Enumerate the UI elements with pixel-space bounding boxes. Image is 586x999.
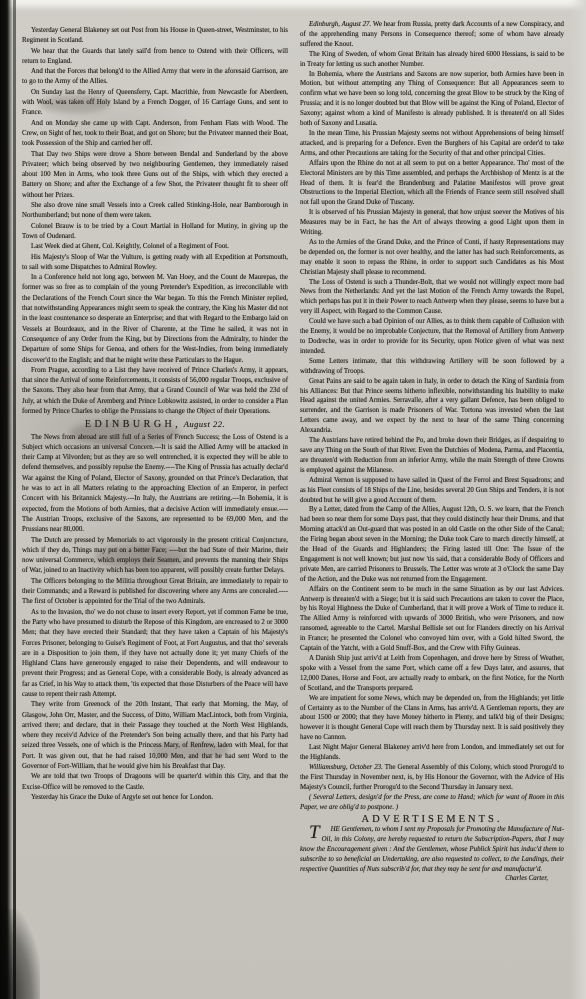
scan-right-highlight [570, 0, 586, 999]
news-paragraph: Affairs upon the Rhine do not at all see… [300, 159, 564, 209]
news-paragraph: The King of Sweden, of whom Great Britai… [300, 50, 564, 70]
news-paragraph: As to the Armies of the Grand Duke, and … [300, 238, 564, 278]
news-paragraph: Yesterday his Grace the Duke of Argyle s… [22, 793, 288, 803]
news-paragraph: On Sunday last the Henry of Queensferry,… [22, 88, 288, 119]
news-paragraph: They write from Greenock of the 20th Ins… [22, 700, 288, 772]
news-paragraph: The Loss of Ostend is such a Thunder-Bol… [300, 278, 564, 318]
news-paragraph: Could we have such a bad Opinion of our … [300, 317, 564, 357]
news-paragraph: Admiral Vernon is supposed to have saile… [300, 476, 564, 506]
news-paragraph: Colonel Brauw is to be tried by a Court … [22, 222, 288, 243]
news-paragraph: We are told that two Troops of Dragoons … [22, 772, 288, 793]
news-paragraph: Williamsburg, October 23. The General As… [300, 763, 564, 793]
news-paragraph: Yesterday General Blakeney set out Post … [22, 26, 288, 47]
advertisements-heading: ADVERTISEMENTS. [300, 815, 564, 825]
binding-line [13, 0, 16, 999]
news-paragraph: Some Letters intimate, that this withdra… [300, 357, 564, 377]
news-paragraph: We hear that the Guards that lately sail… [22, 47, 288, 68]
news-paragraph: The Officers belonging to the Militia th… [22, 577, 288, 608]
news-paragraph: That Day two Ships were drove a Shore be… [22, 150, 288, 201]
news-paragraph: Great Pains are said to be again taken i… [300, 377, 564, 436]
edinburgh-heading-city: EDINBURGH, [85, 419, 181, 430]
news-paragraph: From Prague, according to a List they ha… [22, 366, 288, 417]
news-paragraph: The Dutch are pressed by Memorials to ac… [22, 536, 288, 577]
left-column: Yesterday General Blakeney set out Post … [22, 0, 288, 803]
news-paragraph: By a Letter, dated from the Camp of the … [300, 505, 564, 584]
news-paragraph: Last Week died at Ghent, Col. Keightly, … [22, 242, 288, 252]
news-paragraph: Last Night Major General Blakeney arriv'… [300, 743, 564, 763]
news-paragraph: His Majesty's Sloop of War the Vulture, … [22, 253, 288, 274]
news-paragraph: The News from abroad are still full of a… [22, 433, 288, 536]
news-paragraph: In Bohemia, where the Austrians and Saxo… [300, 70, 564, 129]
advertisement-signature: Charles Carter, [300, 874, 564, 884]
right-column: Edinburgh, August 27. We hear from Russi… [300, 0, 564, 884]
edinburgh-dateline-inline: Edinburgh, August 27. [309, 21, 371, 28]
newspaper-page: Yesterday General Blakeney set out Post … [0, 0, 586, 999]
williamsburg-dateline-inline: Williamsburg, October 23. [309, 764, 383, 771]
dropcap-initial: T [300, 825, 320, 840]
news-paragraph: It is observed of his Prussian Majesty i… [300, 208, 564, 238]
scan-top-highlight [0, 0, 586, 9]
advertisement-paragraph: THE Gentlemen, to whom I sent my Proposa… [300, 825, 564, 875]
news-paragraph: We are impatient for some News, which ma… [300, 694, 564, 744]
editor-postpone-note: ( Several Letters, design'd for the Pres… [300, 793, 564, 813]
advertisement-text: HE Gentlemen, to whom I sent my Proposal… [300, 826, 564, 873]
news-paragraph: In the mean Time, his Prussian Majesty s… [300, 129, 564, 159]
news-paragraph: In a Conference held not long ago, betwe… [22, 273, 288, 366]
edinburgh-heading-date: August 22. [181, 419, 225, 429]
news-paragraph: A Danish Ship just arriv'd at Leith from… [300, 654, 564, 694]
scan-edge-shadow [0, 0, 13, 999]
news-paragraph: And that the Forces that belong'd to the… [22, 67, 288, 88]
news-paragraph: Edinburgh, August 27. We hear from Russi… [300, 20, 564, 50]
corner-ink-blot [0, 909, 40, 999]
news-paragraph: The Austrians have retired behind the Po… [300, 436, 564, 476]
news-paragraph: As to the Invasion, tho' we do not chuse… [22, 608, 288, 701]
edinburgh-dateline-heading: EDINBURGH, August 22. [22, 419, 288, 431]
news-paragraph: She also drove nine small Vessels into a… [22, 201, 288, 222]
news-paragraph: And on Monday she came up with Capt. And… [22, 119, 288, 150]
news-paragraph: Affairs on the Continent seem to be much… [300, 585, 564, 654]
